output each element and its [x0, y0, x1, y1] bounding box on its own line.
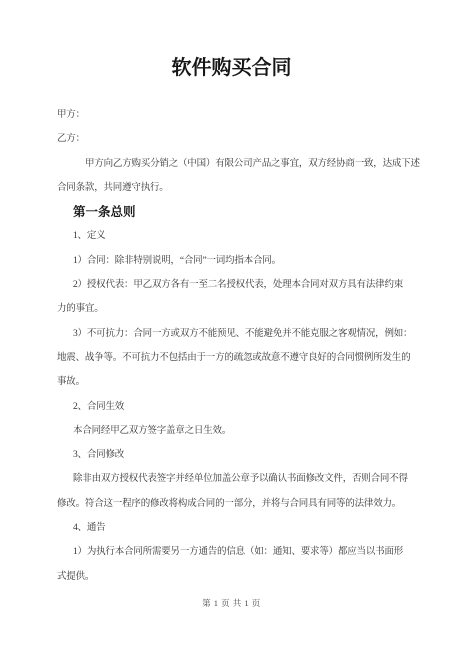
clause-4-notice-heading: 4、通告: [57, 516, 409, 540]
party-b-line: 乙方：: [57, 127, 409, 151]
preamble-line-1: 甲方向乙方购买分销之（中国）有限公司产品之事宜，双方经协商一致，达成下述: [57, 152, 409, 176]
amendment-line-1: 除非由双方授权代表签字并经单位加盖公章予以确认书面修改文件，否则合同不得: [57, 467, 409, 491]
notice-line-2: 式提供。: [57, 565, 409, 589]
definition-force-majeure-line-2: 地震、战争等。不可抗力不包括由于一方的疏忽或故意不遵守良好的合同惯例所发生的: [57, 346, 409, 370]
document-title: 软件购买合同: [0, 0, 463, 82]
chapter-1-heading: 第一条总则: [57, 200, 409, 224]
document-body: 甲方： 乙方： 甲方向乙方购买分销之（中国）有限公司产品之事宜，双方经协商一致，…: [0, 103, 463, 589]
definition-representatives-line-2: 力的事宜。: [57, 297, 409, 321]
definition-force-majeure-line-1: 3）不可抗力：合同一方或双方不能预见、不能避免并不能克服之客观情况，例如：: [57, 322, 409, 346]
effectiveness-line: 本合同经甲乙双方签字盖章之日生效。: [57, 419, 409, 443]
definition-contract-line: 1）合同：除非特别说明，“合同”一词均指本合同。: [57, 249, 409, 273]
notice-line-1: 1）为执行本合同所需要另一方通告的信息（如：通知、要求等）都应当以书面形: [57, 540, 409, 564]
clause-1-definitions-heading: 1、定义: [57, 224, 409, 248]
amendment-line-2: 修改。符合这一程序的修改将构成合同的一部分，并将与合同具有同等的法律效力。: [57, 492, 409, 516]
clause-2-effectiveness-heading: 2、合同生效: [57, 395, 409, 419]
definition-force-majeure-line-3: 事故。: [57, 370, 409, 394]
page-footer: 第 1 页 共 1 页: [0, 591, 463, 615]
document-page: 软件购买合同 甲方： 乙方： 甲方向乙方购买分销之（中国）有限公司产品之事宜，双…: [0, 0, 463, 655]
preamble-line-2: 合同条款，共同遵守执行。: [57, 176, 409, 200]
document-viewer: { "document": { "title": "软件购买合同", "body…: [0, 0, 463, 655]
party-a-line: 甲方：: [57, 103, 409, 127]
clause-3-amendment-heading: 3、合同修改: [57, 443, 409, 467]
definition-representatives-line-1: 2）授权代表：甲乙双方各有一至二名授权代表，处理本合同对双方具有法律约束: [57, 273, 409, 297]
